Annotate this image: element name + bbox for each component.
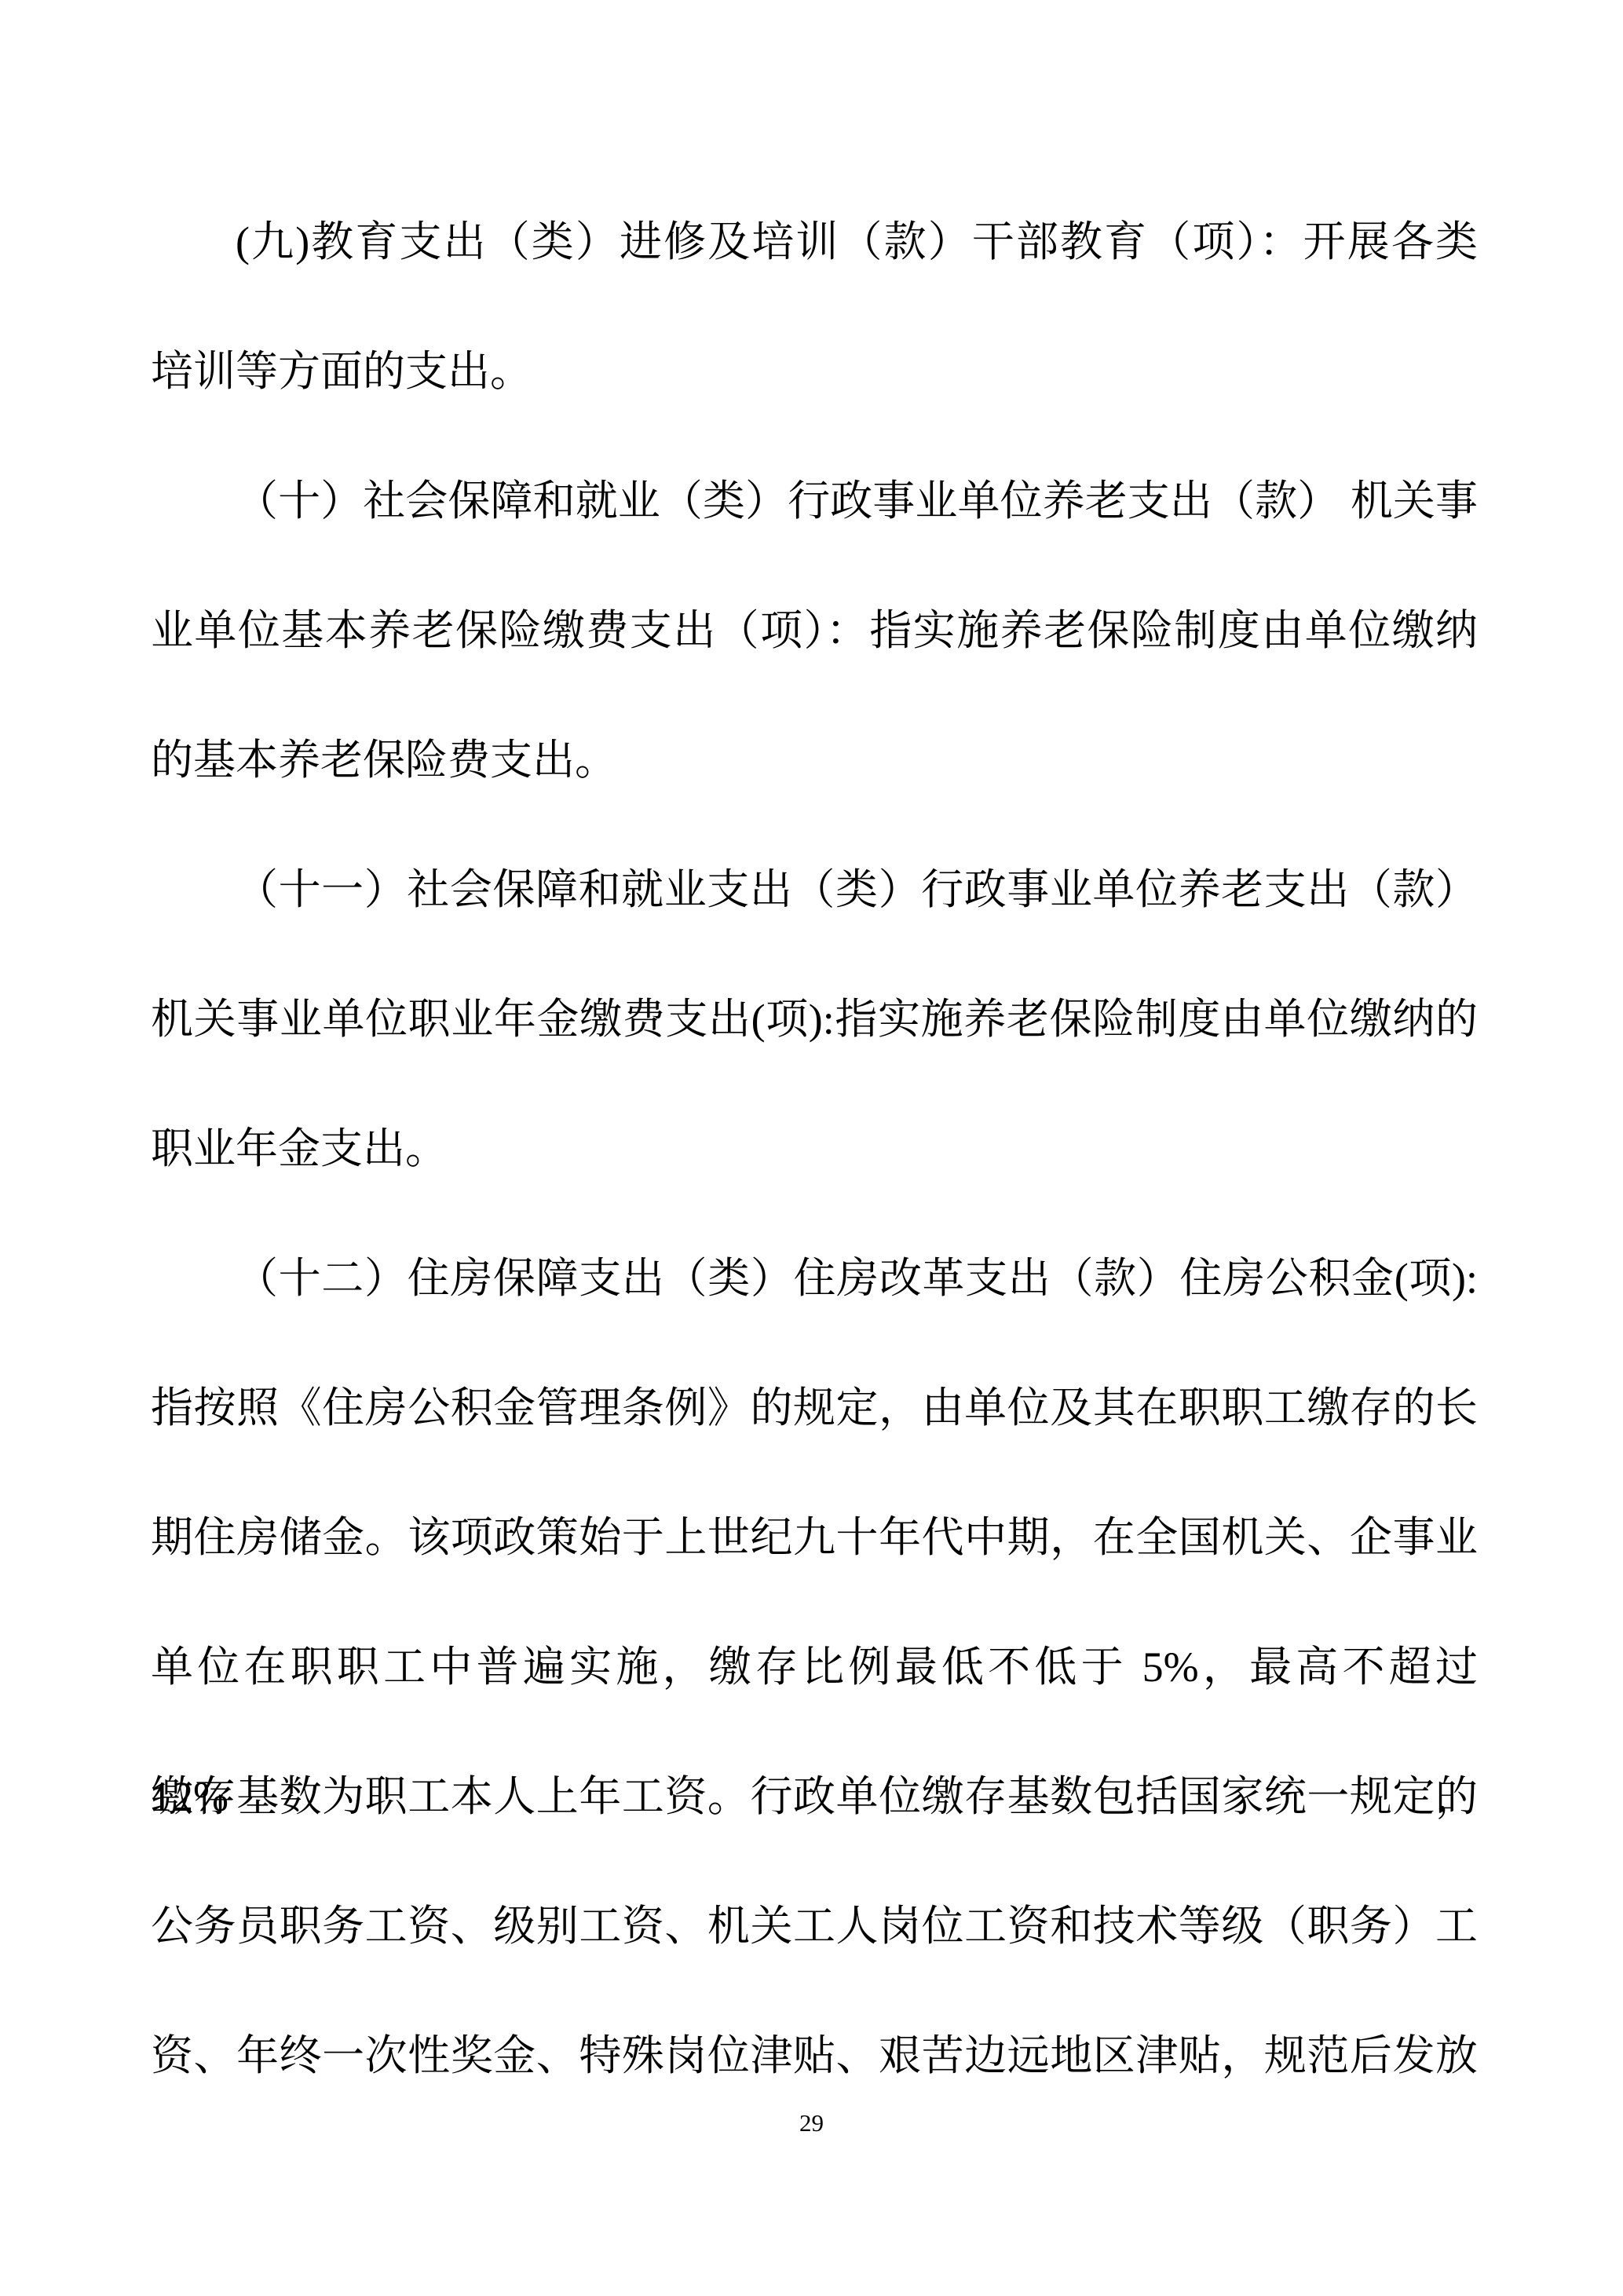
text-line: （十一）社会保障和就业支出（类）行政事业单位养老支出（款）	[151, 825, 1478, 955]
text-line: (九)教育支出（类）进修及培训（款）干部教育（项）：开展各类	[151, 177, 1478, 307]
text-line: 公务员职务工资、级别工资、机关工人岗位工资和技术等级（职务）工	[151, 1862, 1478, 1991]
text-line: 业单位基本养老保险缴费支出（项）：指实施养老保险制度由单位缴纳	[151, 566, 1478, 696]
text-line: 资、年终一次性奖金、特殊岗位津贴、艰苦边远地区津贴，规范后发放	[151, 1991, 1478, 2121]
text-line: 单位在职职工中普遍实施，缴存比例最低不低于 5%，最高不超过12%，	[151, 1603, 1478, 1732]
text-line: 的基本养老保险费支出。	[151, 696, 1478, 825]
document-body: (九)教育支出（类）进修及培训（款）干部教育（项）：开展各类培训等方面的支出。（…	[151, 177, 1478, 2121]
text-line: （十二）住房保障支出（类）住房改革支出（款）住房公积金(项):	[151, 1214, 1478, 1344]
page-number: 29	[0, 2109, 1623, 2137]
text-line: 缴存基数为职工本人上年工资。行政单位缴存基数包括国家统一规定的	[151, 1732, 1478, 1862]
text-line: 机关事业单位职业年金缴费支出(项):指实施养老保险制度由单位缴纳的	[151, 955, 1478, 1084]
text-line: 职业年金支出。	[151, 1084, 1478, 1214]
document-page: (九)教育支出（类）进修及培训（款）干部教育（项）：开展各类培训等方面的支出。（…	[0, 0, 1623, 2296]
text-line: 指按照《住房公积金管理条例》的规定，由单位及其在职职工缴存的长	[151, 1344, 1478, 1473]
text-line: 期住房储金。该项政策始于上世纪九十年代中期，在全国机关、企事业	[151, 1473, 1478, 1603]
text-line: （十）社会保障和就业（类）行政事业单位养老支出（款） 机关事	[151, 437, 1478, 566]
text-line: 培训等方面的支出。	[151, 307, 1478, 437]
